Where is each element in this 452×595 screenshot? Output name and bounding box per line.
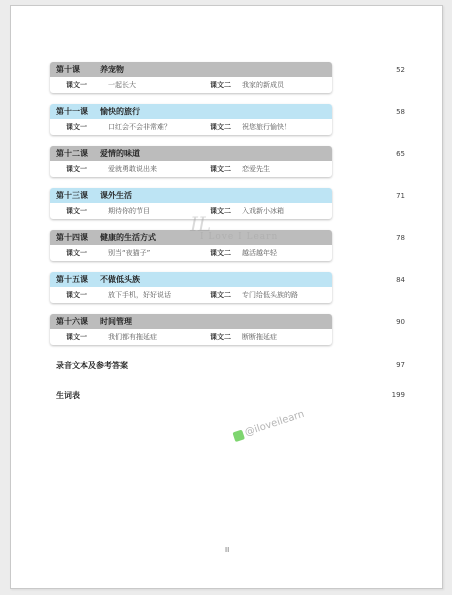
text2-label: 课文二 — [210, 245, 231, 261]
text2-title: 断断拖延症 — [242, 329, 277, 345]
lesson-number: 第十一课 — [56, 104, 100, 119]
text1-label: 课文一 — [66, 245, 87, 261]
page-number: 84 — [396, 276, 405, 284]
text2-title: 入戏新小冰箱 — [242, 203, 284, 219]
text1-label: 课文一 — [66, 77, 87, 93]
text2-label: 课文二 — [210, 329, 231, 345]
lesson-number: 第十课 — [56, 62, 100, 77]
lesson-15[interactable]: 第十五课不做低头族 课文一放下手机，好好说话课文二专门给低头族的路 — [50, 272, 332, 303]
lesson-12[interactable]: 第十二课爱情的味道 课文一爱就勇敢说出来课文二恋爱先生 — [50, 146, 332, 177]
text2-label: 课文二 — [210, 77, 231, 93]
lesson-number: 第十三课 — [56, 188, 100, 203]
text1-label: 课文一 — [66, 203, 87, 219]
text1-title: 别当“夜猫子” — [108, 245, 150, 261]
lesson-title: 爱情的味道 — [100, 149, 140, 158]
lesson-number: 第十四课 — [56, 230, 100, 245]
text2-label: 课文二 — [210, 161, 231, 177]
lesson-16[interactable]: 第十六课时间管理 课文一我们都有拖延症课文二断断拖延症 — [50, 314, 332, 345]
page-number: 58 — [396, 108, 405, 116]
footer-page-number: II — [225, 546, 229, 554]
text1-label: 课文一 — [66, 119, 87, 135]
lesson-header: 第十六课时间管理 — [50, 314, 332, 329]
lesson-number: 第十六课 — [56, 314, 100, 329]
appendix-vocabulary[interactable]: 生词表 — [56, 390, 80, 401]
text1-title: 一起长大 — [108, 77, 136, 93]
page-number: 78 — [396, 234, 405, 242]
text2-title: 越活越年轻 — [242, 245, 277, 261]
appendix-transcripts[interactable]: 录音文本及参考答案 — [56, 360, 128, 371]
lesson-header: 第十一课愉快的旅行 — [50, 104, 332, 119]
text1-label: 课文一 — [66, 329, 87, 345]
page-number: 90 — [396, 318, 405, 326]
lesson-title: 课外生活 — [100, 191, 132, 200]
text2-label: 课文二 — [210, 119, 231, 135]
page-number: 65 — [396, 150, 405, 158]
text2-title: 祝您旅行愉快！ — [242, 119, 291, 135]
text2-title: 专门给低头族的路 — [242, 287, 298, 303]
page-number: 97 — [396, 361, 405, 369]
lesson-10[interactable]: 第十课养宠物 课文一一起长大课文二我家的新成员 — [50, 62, 332, 93]
text1-title: 口红会不会非常难？ — [108, 119, 171, 135]
text2-label: 课文二 — [210, 203, 231, 219]
text2-title: 恋爱先生 — [242, 161, 270, 177]
page-number: 52 — [396, 66, 405, 74]
lesson-header: 第十五课不做低头族 — [50, 272, 332, 287]
text1-title: 期待你的节目 — [108, 203, 150, 219]
lesson-header: 第十三课课外生活 — [50, 188, 332, 203]
text1-title: 我们都有拖延症 — [108, 329, 157, 345]
page-number: 199 — [392, 391, 405, 399]
lesson-header: 第十二课爱情的味道 — [50, 146, 332, 161]
lesson-11[interactable]: 第十一课愉快的旅行 课文一口红会不会非常难？课文二祝您旅行愉快！ — [50, 104, 332, 135]
text2-title: 我家的新成员 — [242, 77, 284, 93]
lesson-number: 第十五课 — [56, 272, 100, 287]
lesson-number: 第十二课 — [56, 146, 100, 161]
lesson-header: 第十课养宠物 — [50, 62, 332, 77]
text2-label: 课文二 — [210, 287, 231, 303]
page-number: 71 — [396, 192, 405, 200]
lesson-title: 愉快的旅行 — [100, 107, 140, 116]
text1-title: 爱就勇敢说出来 — [108, 161, 157, 177]
lesson-title: 时间管理 — [100, 317, 132, 326]
lesson-title: 不做低头族 — [100, 275, 140, 284]
watermark-text: I Love I Learn — [200, 232, 278, 242]
text1-label: 课文一 — [66, 161, 87, 177]
text1-label: 课文一 — [66, 287, 87, 303]
lesson-title: 健康的生活方式 — [100, 233, 156, 242]
lesson-title: 养宠物 — [100, 65, 124, 74]
text1-title: 放下手机，好好说话 — [108, 287, 171, 303]
